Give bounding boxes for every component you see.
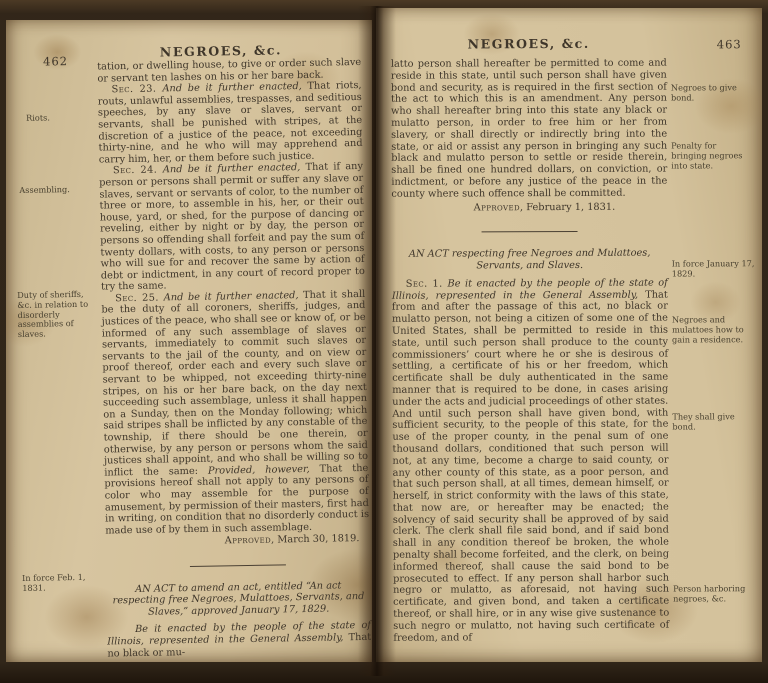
section-24-label: Sec. 24. (113, 165, 163, 177)
paragraph-section-1: Sec. 1. Be it enacted by the people of t… (392, 277, 670, 644)
margin-note-riots: Riots. (26, 112, 102, 123)
margin-note-duty-of-sheriffs: Duty of sheriffs, &c. in relation to dis… (17, 290, 94, 340)
page-463-content: 463 NEGROES, &c. Negroes to give bond. P… (376, 8, 762, 662)
margin-note-they-shall-give-bond: They shall give bond. (672, 412, 754, 432)
section-24-text: That if any person or persons shall perm… (99, 161, 365, 293)
paragraph-section-25: Sec. 25. And be it further enacted, That… (101, 289, 369, 537)
approved-label-left: Approved (225, 535, 272, 547)
approved-date-right: , February 1, 1831. (520, 201, 615, 212)
page-463-body: latto person shall hereafter be permitte… (391, 58, 670, 645)
paragraph-section-24: Sec. 24. And be it further enacted, That… (99, 161, 365, 293)
enacting-clause-italic-left: Be it enacted by the people of the state… (107, 620, 371, 647)
page-number-463: 463 (717, 37, 742, 51)
margin-note-in-force-feb-1831: In force Feb. 1, 1831. (22, 573, 104, 594)
margin-note-assembling: Assembling. (19, 185, 95, 196)
page-462: 462 NEGROES, &c. Riots. Assembling. Duty… (6, 20, 372, 662)
margin-note-person-harboring-negroes: Person harboring negroes, &c. (673, 584, 755, 604)
approved-date-left: , March 30, 1819. (271, 533, 360, 546)
running-head-right: NEGROES, &c. (391, 36, 667, 52)
act-heading-amendatory-act: AN ACT to amend an act, entitled “An act… (106, 579, 371, 618)
act-heading-free-negroes-act: AN ACT respecting free Negroes and Mulat… (392, 248, 668, 273)
page-462-content: 462 NEGROES, &c. Riots. Assembling. Duty… (6, 20, 372, 662)
section-divider-right (392, 224, 668, 237)
divider-rule-right (482, 231, 578, 232)
section-divider-left (106, 556, 370, 572)
paragraph-continuation-right: latto person shall hereafter be permitte… (391, 58, 668, 201)
paragraph-section-23: Sec. 23. And be it further enacted, That… (98, 80, 363, 166)
section-25-label: Sec. 25. (115, 292, 164, 304)
page-462-body: tation, or dwelling house, to give or or… (97, 57, 371, 660)
approved-label-right: Approved (474, 202, 520, 213)
page-463: 463 NEGROES, &c. Negroes to give bond. P… (376, 8, 762, 662)
section-25-text-a: That it shall be the duty of all coroner… (101, 289, 368, 478)
section-23-label: Sec. 23. (112, 84, 163, 96)
margin-note-penalty-bringing-negroes: Penalty for bringing negroes into state. (671, 141, 753, 171)
section-1-label: Sec. 1. (406, 278, 448, 289)
divider-rule-left (190, 564, 286, 567)
section-1-text: That from and after the passage of this … (392, 289, 669, 643)
enacting-clause-left: Be it enacted by the people of the state… (107, 620, 372, 659)
margin-note-how-to-gain-residence: Negroes and mulattoes how to gain a resi… (672, 315, 754, 345)
approval-line-february-1831: Approved, February 1, 1831. (391, 201, 667, 214)
margin-note-in-force-jan-1829: In force January 17, 1829. (672, 259, 758, 279)
margin-note-negroes-to-give-bond: Negroes to give bond. (671, 83, 753, 103)
book-spread-photo: 462 NEGROES, &c. Riots. Assembling. Duty… (0, 0, 768, 683)
